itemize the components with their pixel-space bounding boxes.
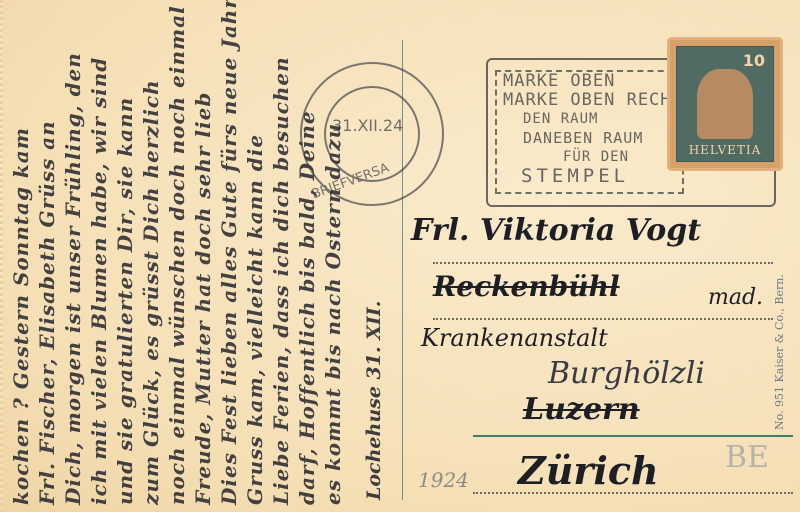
institution: Burghölzli <box>548 356 705 391</box>
message-line: noch einmal wünschen doch noch einmal <box>164 5 190 505</box>
cancel-line: DEN RAUM <box>503 110 693 129</box>
cancel-line: STEMPEL <box>503 167 693 186</box>
message-line: zum Glück, es grüsst Dich herzlich <box>138 5 164 505</box>
struck-city: Luzern <box>523 392 640 427</box>
message-line: kochen ? Gestern Sonntag kam <box>8 5 34 505</box>
postmark-date: 31.XII.24 <box>332 116 403 135</box>
sender-location-date: Lochehuse 31. XII. <box>363 301 385 500</box>
circular-postmark: 31.XII.24 BRIEFVERSA <box>300 62 444 206</box>
message-line: Liebe Ferien, dass ich dich besuchen <box>268 5 294 505</box>
william-tell-portrait-icon <box>697 69 753 139</box>
message-line: Frl. Fischer, Elisabeth Grüss an <box>34 5 60 505</box>
cancel-line: MARKE OBEN RECHTS <box>503 91 693 110</box>
postcard-back: kochen ? Gestern Sonntag kam Frl. Fische… <box>0 0 800 512</box>
stamp-country: HELVETIA <box>683 143 767 157</box>
stamp-frame: 10 HELVETIA <box>676 46 774 162</box>
destination-city: Zürich <box>518 448 659 493</box>
cancel-line: DANEBEN RAUM <box>503 129 693 148</box>
message-line: Gruss kam, vielleicht kann die <box>242 5 268 505</box>
address-line-2 <box>433 318 773 320</box>
cancel-line: MARKE OBEN <box>503 72 693 91</box>
address-line-4 <box>473 492 793 494</box>
message-line: Dich, morgen ist unser Frühling, den <box>60 5 86 505</box>
address-line-1 <box>433 262 773 264</box>
postage-stamp: 10 HELVETIA <box>670 40 780 168</box>
stamp-value: 10 <box>743 51 765 70</box>
message-line: Dies Fest lieben alles Gute fürs neue Ja… <box>216 5 242 505</box>
recipient-name: Frl. Viktoria Vogt <box>411 213 701 248</box>
message-line: und sie gratulierten Dir, sie kann <box>112 5 138 505</box>
message-line: Freude, Mutter hat doch sehr lieb <box>190 5 216 505</box>
machine-cancel-text: MARKE OBEN MARKE OBEN RECHTS DEN RAUM DA… <box>503 72 693 186</box>
pencil-note: BE <box>725 440 769 475</box>
address-line-3 <box>473 435 793 437</box>
pencil-year: 1924 <box>418 468 469 492</box>
message-line: darf, Hoffentlich bis bald, Deine <box>294 5 320 505</box>
publisher-imprint: No. 951 Kaiser & Co., Bern. <box>773 274 786 430</box>
street: Krankenanstalt <box>421 324 608 352</box>
struck-street: Reckenbühl <box>433 270 620 303</box>
street-suffix: mad. <box>708 285 763 310</box>
message-line: ich mit vielen Blumen habe, wir sind <box>86 5 112 505</box>
